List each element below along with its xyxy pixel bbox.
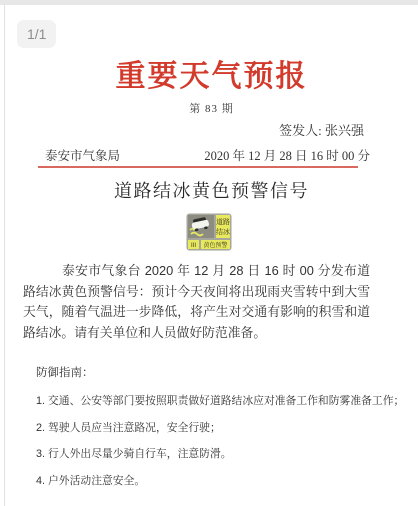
warning-subtitle: 道路结冰黄色预警信号 bbox=[5, 177, 418, 203]
red-divider bbox=[38, 166, 358, 168]
signer-line: 签发人: 张兴强 bbox=[279, 120, 364, 139]
guide-item: 3. 行人外出尽量少骑自行车，注意防滑。 bbox=[36, 446, 390, 461]
icon-name-line1: 道路 bbox=[216, 217, 230, 226]
agency-name: 泰安市气象局 bbox=[45, 146, 120, 164]
document-title: 重要天气预报 bbox=[5, 51, 418, 95]
guide-item: 1. 交通、公安等部门要按照职责做好道路结冰应对准备工作和防雾准备工作； bbox=[36, 393, 390, 408]
meta-row: 泰安市气象局 2020 年 12 月 28 日 16 时 00 分 bbox=[45, 146, 370, 164]
guide-item: 4. 户外活动注意安全。 bbox=[36, 473, 390, 488]
defense-guide: 防御指南： 1. 交通、公安等部门要按照职责做好道路结冰应对准备工作和防雾准备工… bbox=[36, 364, 390, 499]
icon-name-line2: 结冰 bbox=[216, 227, 230, 236]
road-icing-yellow-warning-icon: 道路 结冰 III 黄色预警 bbox=[186, 213, 232, 251]
document-page: 1/1 重要天气预报 第 83 期 签发人: 张兴强 泰安市气象局 2020 年… bbox=[5, 5, 418, 506]
issue-datetime: 2020 年 12 月 28 日 16 时 00 分 bbox=[204, 146, 370, 164]
warning-body: 泰安市气象台 2020 年 12 月 28 日 16 时 00 分发布道路结冰黄… bbox=[23, 261, 370, 343]
icon-level: III bbox=[191, 243, 196, 249]
guide-title: 防御指南： bbox=[36, 364, 390, 380]
issue-number: 第 83 期 bbox=[5, 100, 418, 116]
guide-item: 2. 驾驶人员应当注意路况，安全行驶； bbox=[36, 420, 390, 435]
icon-level-label: 黄色预警 bbox=[203, 241, 227, 249]
page-indicator-badge: 1/1 bbox=[17, 20, 56, 48]
